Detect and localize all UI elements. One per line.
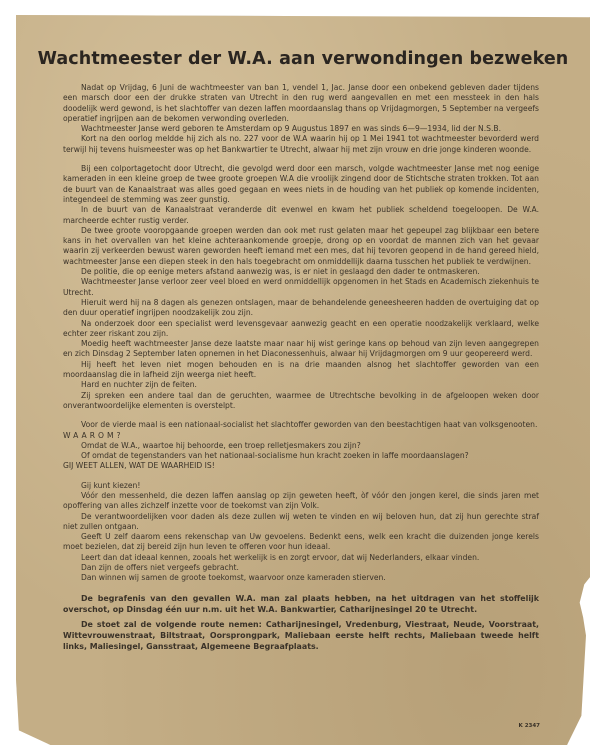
paragraph: Hieruit werd hij na 8 dagen als genezen … bbox=[63, 298, 539, 319]
document-title: Wachtmeester der W.A. aan verwondingen b… bbox=[16, 49, 590, 69]
paragraph: Hij heeft het leven niet mogen behouden … bbox=[63, 360, 539, 381]
paragraph: Wachtmeester Janse werd geboren te Amste… bbox=[63, 124, 539, 134]
truth-statement: GIJ WEET ALLEN, WAT DE WAARHEID IS! bbox=[63, 461, 539, 471]
paragraph: Moedig heeft wachtmeester Janse deze laa… bbox=[63, 339, 539, 360]
funeral-route: De stoet zal de volgende route nemen: Ca… bbox=[63, 619, 539, 653]
paragraph: Zij spreken een andere taal dan de geruc… bbox=[63, 391, 539, 412]
paragraph: De verantwoordelijken voor daden als dez… bbox=[63, 512, 539, 533]
paragraph: De politie, die op eenige meters afstand… bbox=[63, 267, 539, 277]
paragraph: Bij een colportagetocht door Utrecht, di… bbox=[63, 164, 539, 205]
paragraph: Na onderzoek door een specialist werd le… bbox=[63, 319, 539, 340]
paragraph: In de buurt van de Kanaalstraat verander… bbox=[63, 205, 539, 226]
paragraph: Dan zijn de offers niet vergeefs gebrach… bbox=[63, 563, 539, 573]
print-code: K 2347 bbox=[519, 723, 540, 729]
paragraph: Kort na den oorlog meldde hij zich als n… bbox=[63, 134, 539, 155]
paragraph: Voor de vierde maal is een nationaal-soc… bbox=[63, 420, 539, 430]
document-body: Nadat op Vrijdag, 6 Juni de wachtmeester… bbox=[63, 83, 539, 653]
paragraph: Nadat op Vrijdag, 6 Juni de wachtmeester… bbox=[63, 83, 539, 124]
paragraph: Geeft U zelf daarom eens rekenschap van … bbox=[63, 532, 539, 553]
paragraph: Hard en nuchter zijn de feiten. bbox=[63, 380, 539, 390]
leaflet-paper: Wachtmeester der W.A. aan verwondingen b… bbox=[16, 15, 590, 745]
paragraph: Wachtmeester Janse verloor zeer veel blo… bbox=[63, 277, 539, 298]
paragraph: Leert dan dat ideaal kennen, zooals het … bbox=[63, 553, 539, 563]
paragraph: De twee groote vooropgaande groepen werd… bbox=[63, 226, 539, 267]
funeral-notice: De begrafenis van den gevallen W.A. man … bbox=[63, 593, 539, 615]
paragraph: Vóór den messenheld, die dezen laffen aa… bbox=[63, 491, 539, 512]
paragraph: Of omdat de tegenstanders van het nation… bbox=[63, 451, 539, 461]
paragraph: Gij kunt kiezen! bbox=[63, 481, 539, 491]
paragraph: Omdat de W.A., waartoe hij behoorde, een… bbox=[63, 441, 539, 451]
waarom-heading: WAAROM? bbox=[63, 431, 539, 441]
paragraph: Dan winnen wij samen de groote toekomst,… bbox=[63, 573, 539, 583]
